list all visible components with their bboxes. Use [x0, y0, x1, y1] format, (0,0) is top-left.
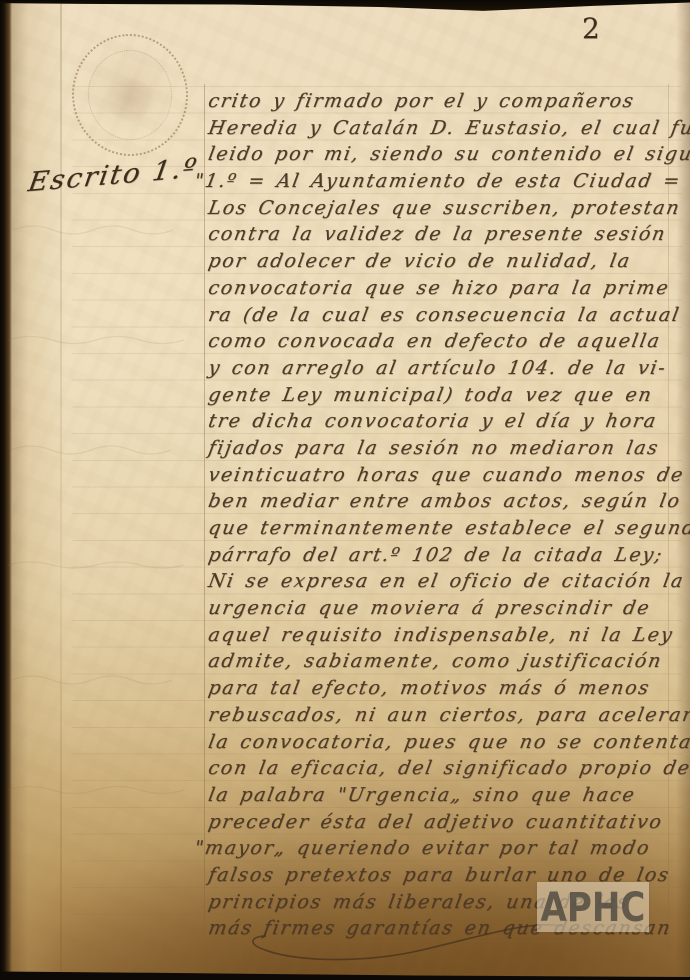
archive-watermark: APHC — [537, 882, 649, 932]
manuscript-line: tre dicha convocatoria y el día y hora — [206, 408, 677, 435]
left-margin-line — [204, 84, 205, 952]
manuscript-line: la palabra "Urgencia„ sino que hace — [206, 782, 677, 809]
fold-line — [60, 0, 62, 980]
manuscript-line: Heredia y Catalán D. Eustasio, el cual f… — [206, 115, 677, 142]
manuscript-line: veinticuatro horas que cuando menos de — [206, 462, 677, 489]
stamp-inner-ring — [85, 47, 175, 143]
manuscript-line: la convocatoria, pues que no se contenta — [206, 729, 677, 756]
manuscript-line: por adolecer de vicio de nulidad, la — [206, 248, 677, 275]
manuscript-line: Los Concejales que suscriben, protestan — [206, 195, 677, 222]
manuscript-line: contra la validez de la presente sesión — [206, 221, 677, 248]
manuscript-line: admite, sabiamente, como justificación — [206, 648, 677, 675]
manuscript-line: "1.º = Al Ayuntamiento de esta Ciudad = — [192, 168, 677, 195]
manuscript-line: fijados para la sesión no mediaron las — [206, 435, 677, 462]
manuscript-line: ra (de la cual es consecuencia la actual — [206, 302, 677, 329]
manuscript-line: aquel requisito indispensable, ni la Ley — [206, 622, 677, 649]
manuscript-line: rebuscados, ni aun ciertos, para acelera… — [206, 702, 677, 729]
manuscript-line: convocatoria que se hizo para la prime — [206, 275, 677, 302]
page-number: 2 — [582, 12, 600, 45]
manuscript-line: crito y firmado por el y compañeros — [206, 88, 677, 115]
manuscript-photo: 2 Escrito 1.º crito y firmado por el y c… — [0, 0, 690, 980]
manuscript-line: para tal efecto, motivos más ó menos — [206, 675, 677, 702]
manuscript-line: preceder ésta del adjetivo cuantitativo — [206, 809, 677, 836]
watermark-text: APHC — [541, 884, 646, 930]
manuscript-line: Ni se expresa en el oficio de citación l… — [206, 568, 677, 595]
manuscript-line: urgencia que moviera á prescindir de — [206, 595, 677, 622]
manuscript-line: párrafo del art.º 102 de la citada Ley; — [206, 542, 677, 569]
book-binding-edge — [0, 0, 12, 980]
manuscript-line: leido por mi, siendo su contenido el sig… — [206, 141, 677, 168]
pen-flourish — [232, 918, 572, 973]
manuscript-line: con la eficacia, del significado propio … — [206, 755, 677, 782]
manuscript-line: ben mediar entre ambos actos, según lo — [206, 488, 677, 515]
manuscript-line: como convocada en defecto de aquella — [206, 328, 677, 355]
manuscript-line: que terminantemente establece el segundo — [206, 515, 677, 542]
manuscript-line: y con arreglo al artículo 104. de la vi- — [206, 355, 677, 382]
manuscript-line: "mayor„ queriendo evitar por tal modo — [192, 835, 677, 862]
manuscript-text-block: crito y firmado por el y compañeros Here… — [208, 88, 674, 942]
manuscript-line: gente Ley municipal) toda vez que en — [206, 382, 677, 409]
